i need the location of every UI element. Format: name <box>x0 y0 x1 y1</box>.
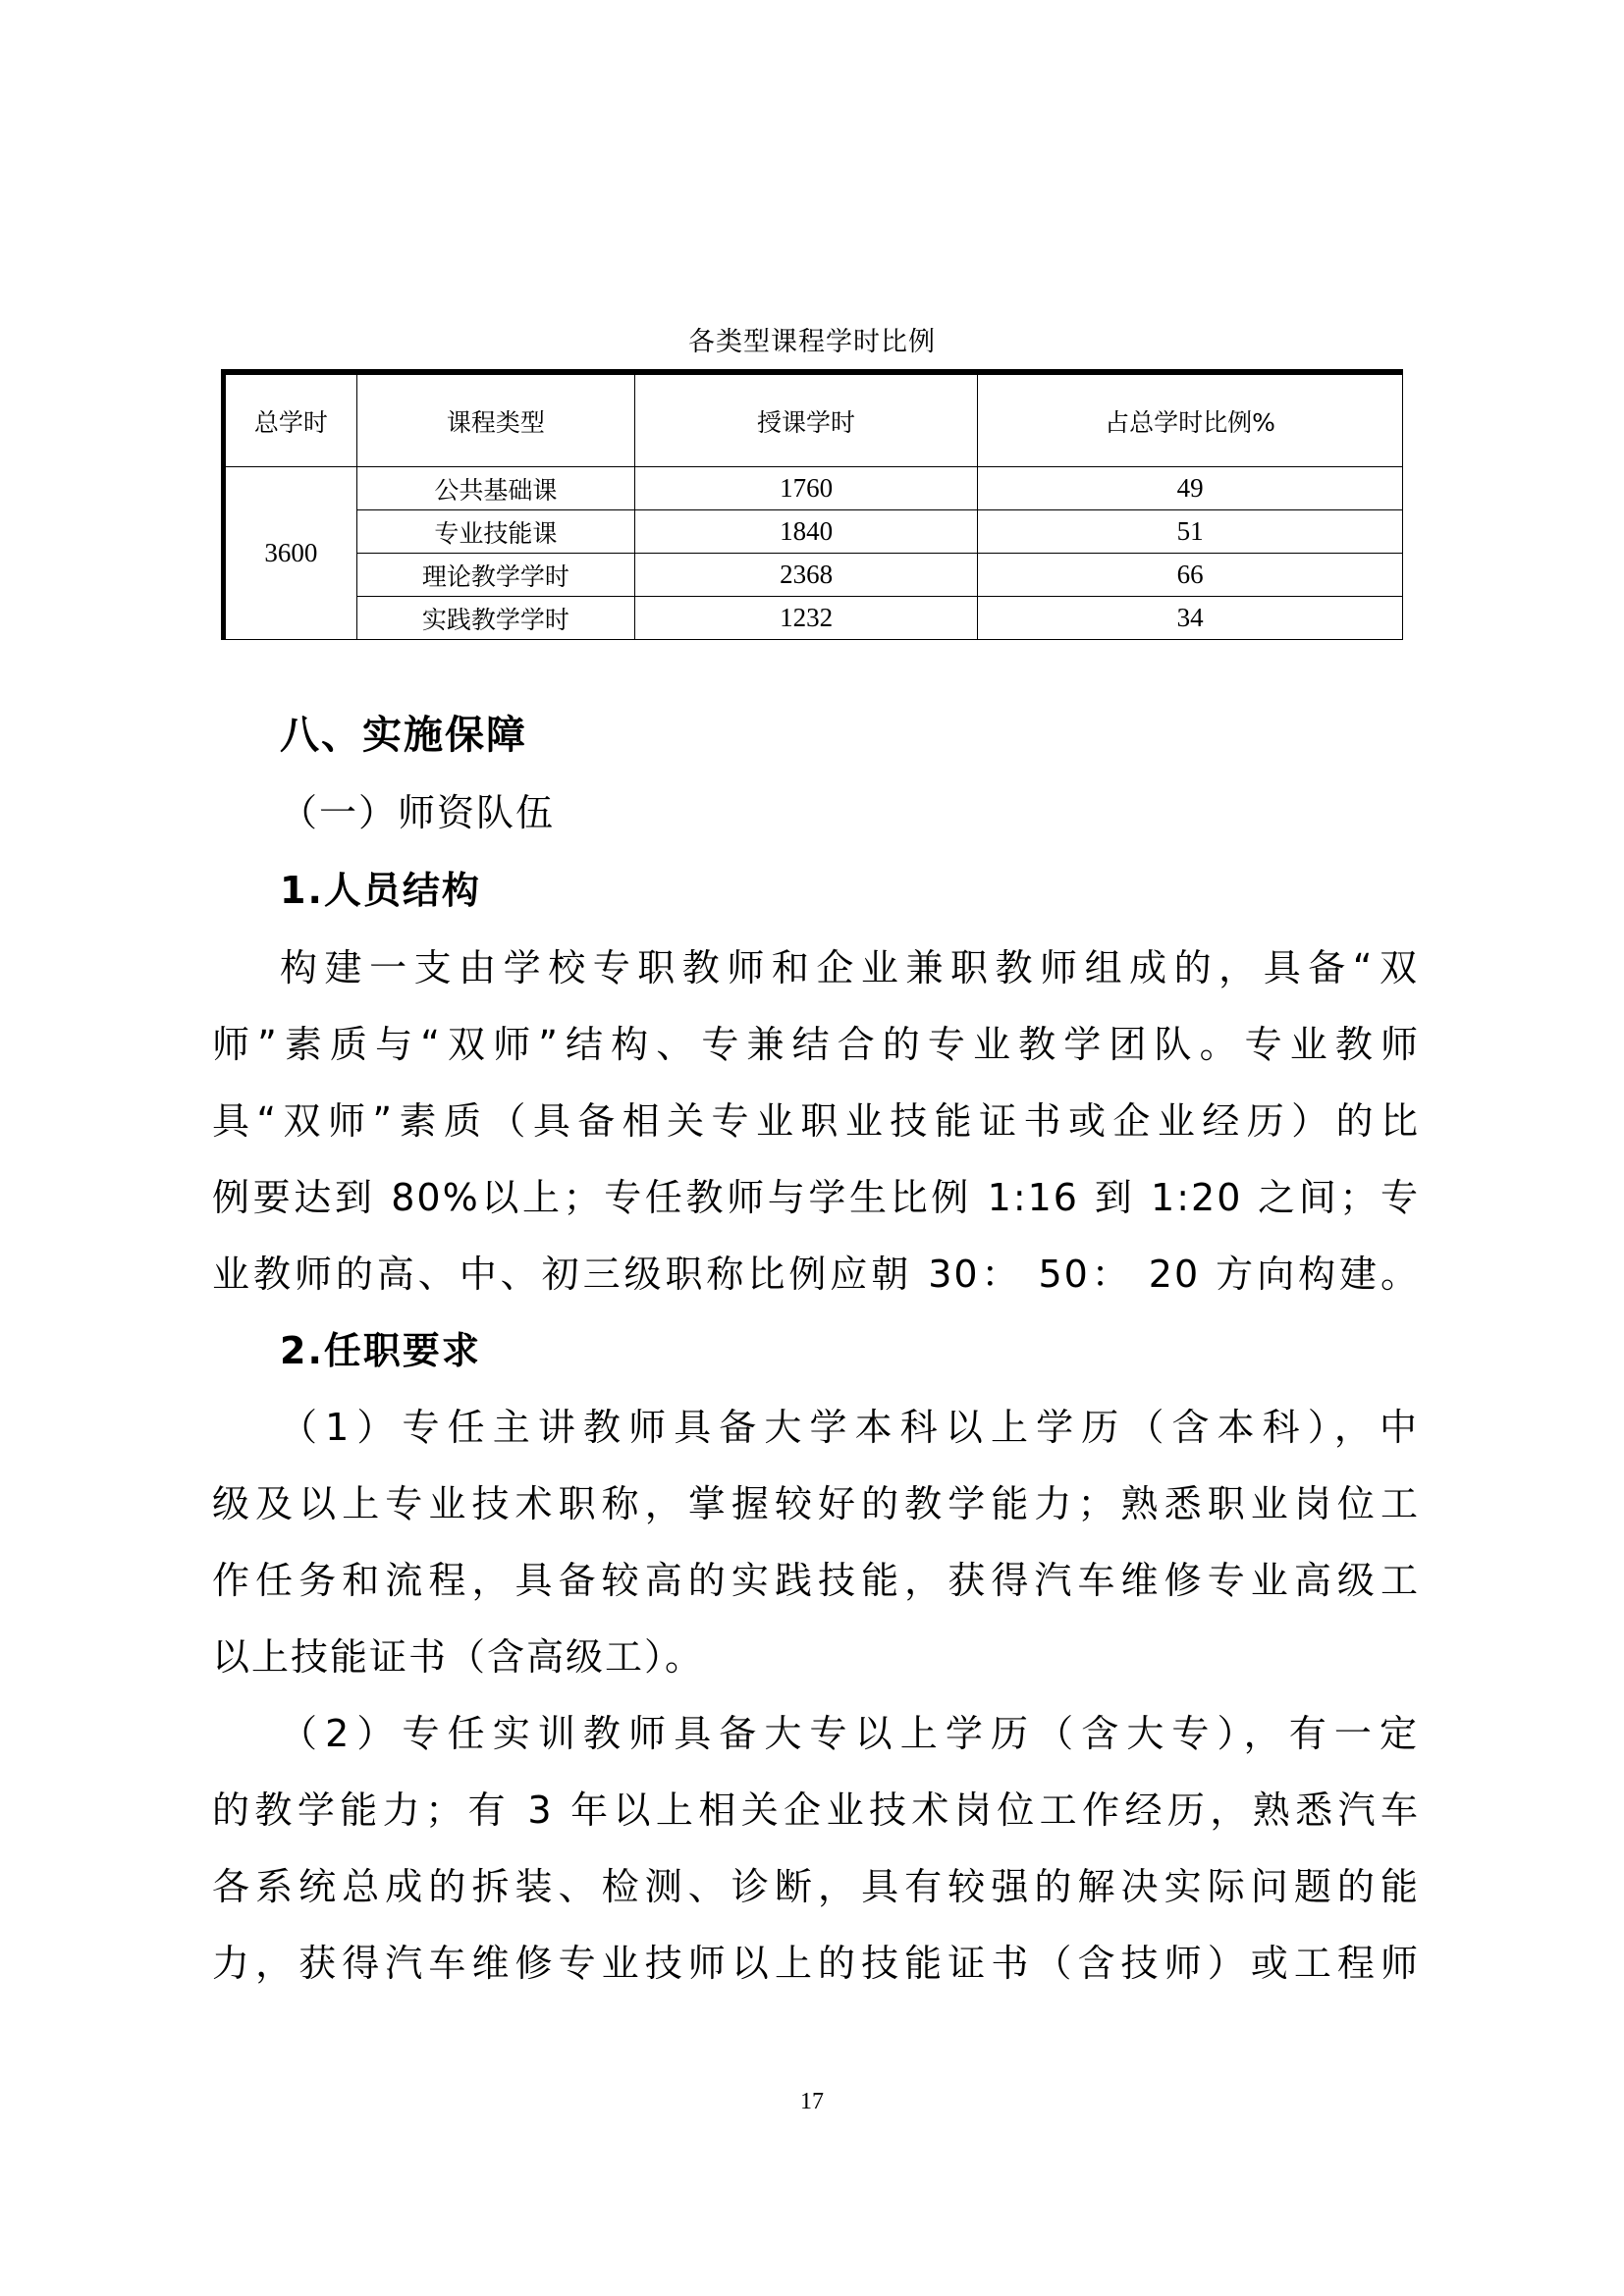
header-percent: 占总学时比例% <box>978 372 1403 467</box>
section-heading: 八、实施保障 <box>280 704 1488 760</box>
table-row: 理论教学学时 2368 66 <box>224 554 1403 597</box>
table-caption: 各类型课程学时比例 <box>0 320 1624 358</box>
header-total-hours: 总学时 <box>224 372 357 467</box>
percent-cell: 49 <box>978 467 1403 510</box>
table-row: 3600 公共基础课 1760 49 <box>224 467 1403 510</box>
item1-line: 具“双师”素质（具备相关专业职业技能证书或企业经历）的比 <box>212 1091 1420 1145</box>
item2-para1-line: 作任务和流程，具备较高的实践技能，获得汽车维修专业高级工 <box>212 1550 1420 1604</box>
hours-cell: 1232 <box>635 597 978 640</box>
percent-cell: 51 <box>978 510 1403 554</box>
item2-para1-line: 级及以上专业技术职称，掌握较好的教学能力；熟悉职业岗位工 <box>212 1473 1420 1527</box>
item1-line: 师”素质与“双师”结构、专兼结合的专业教学团队。专业教师 <box>212 1014 1420 1068</box>
hours-cell: 2368 <box>635 554 978 597</box>
item2-para2-line: 各系统总成的拆装、检测、诊断，具有较强的解决实际问题的能 <box>212 1856 1420 1910</box>
item1-line: 业教师的高、中、初三级职称比例应朝 30： 50： 20 方向构建。 <box>212 1244 1420 1298</box>
item2-para1-line: （1）专任主讲教师具备大学本科以上学历（含本科），中 <box>280 1397 1419 1451</box>
total-hours-cell: 3600 <box>224 467 357 640</box>
item2-para2-line: 力，获得汽车维修专业技师以上的技能证书（含技师）或工程师 <box>212 1933 1420 1987</box>
item1-title: 1.人员结构 <box>280 860 1488 914</box>
course-type-cell: 专业技能课 <box>356 510 634 554</box>
hours-cell: 1840 <box>635 510 978 554</box>
item2-para1-line: 以上技能证书（含高级工）。 <box>212 1627 1420 1681</box>
percent-cell: 66 <box>978 554 1403 597</box>
percent-cell: 34 <box>978 597 1403 640</box>
header-course-type: 课程类型 <box>356 372 634 467</box>
hours-cell: 1760 <box>635 467 978 510</box>
item2-title: 2.任职要求 <box>280 1320 1488 1374</box>
section-subheading: （一）师资队伍 <box>280 782 1488 836</box>
item1-line: 例要达到 80%以上；专任教师与学生比例 1:16 到 1:20 之间；专 <box>212 1167 1420 1221</box>
page-number: 17 <box>0 2089 1624 2115</box>
table-row: 实践教学学时 1232 34 <box>224 597 1403 640</box>
item2-para2-line: （2）专任实训教师具备大专以上学历（含大专），有一定 <box>280 1703 1419 1757</box>
item2-para2-line: 的教学能力；有 3 年以上相关企业技术岗位工作经历，熟悉汽车 <box>212 1780 1420 1834</box>
course-type-cell: 实践教学学时 <box>356 597 634 640</box>
item1-line: 构建一支由学校专职教师和企业兼职教师组成的，具备“双 <box>280 937 1419 991</box>
table-row: 专业技能课 1840 51 <box>224 510 1403 554</box>
course-hours-table: 总学时 课程类型 授课学时 占总学时比例% 3600 公共基础课 1760 49… <box>221 369 1403 640</box>
course-type-cell: 公共基础课 <box>356 467 634 510</box>
table-header-row: 总学时 课程类型 授课学时 占总学时比例% <box>224 372 1403 467</box>
course-type-cell: 理论教学学时 <box>356 554 634 597</box>
header-teaching-hours: 授课学时 <box>635 372 978 467</box>
